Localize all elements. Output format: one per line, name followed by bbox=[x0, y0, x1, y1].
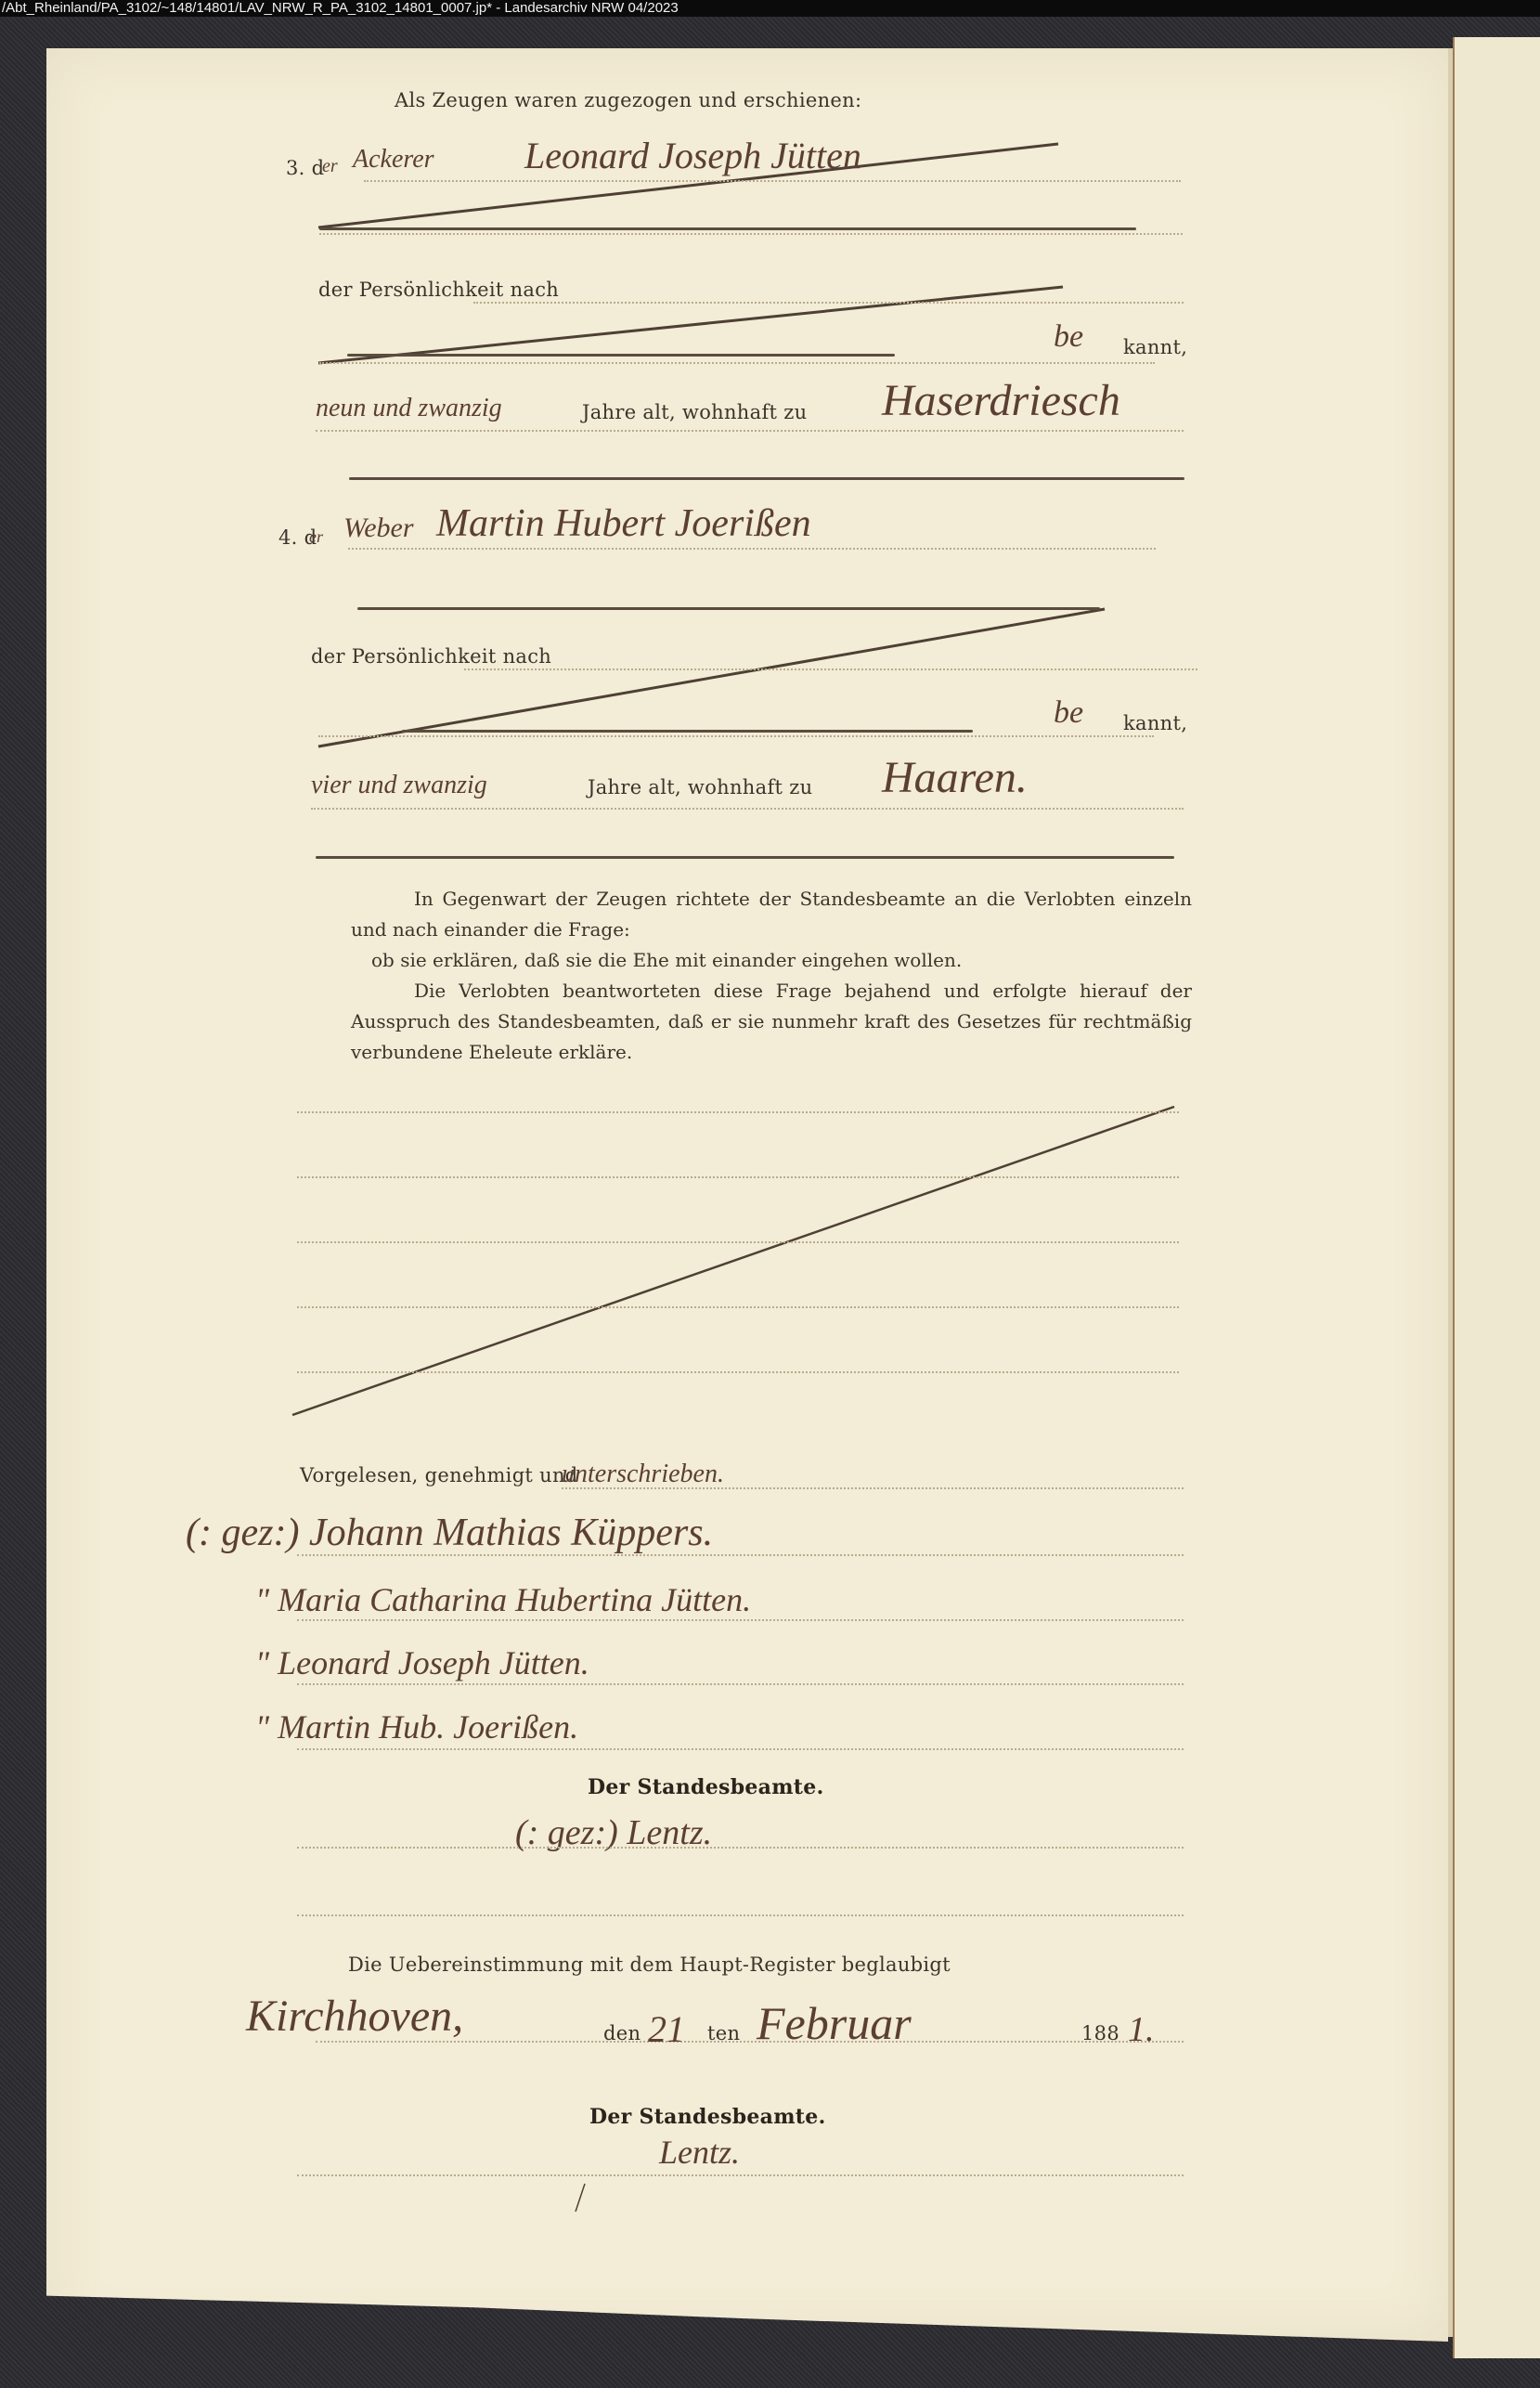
dotline bbox=[297, 1847, 1184, 1849]
witness3-age: neun und zwanzig bbox=[316, 394, 502, 423]
witness4-rule3 bbox=[316, 856, 1174, 859]
ceremony-text: In Gegenwart der Zeugen richtete der Sta… bbox=[351, 884, 1192, 1068]
certification-den: den bbox=[603, 2022, 641, 2044]
signature-bride: " Maria Catharina Hubertina Jütten. bbox=[255, 1580, 751, 1619]
witness3-number: 3. d bbox=[286, 157, 324, 179]
page-gutter bbox=[1448, 48, 1453, 2337]
witness3-name-dotline bbox=[364, 180, 1181, 182]
witness4-name: Martin Hubert Joerißen bbox=[436, 501, 811, 546]
witness3-occupation: Ackerer bbox=[353, 145, 434, 175]
dotline bbox=[297, 1748, 1184, 1750]
witness3-name: Leonard Joseph Jütten bbox=[524, 134, 861, 177]
dotline bbox=[562, 1487, 1184, 1489]
dotline bbox=[297, 1914, 1184, 1916]
read-approved-label: Vorgelesen, genehmigt und bbox=[300, 1464, 578, 1486]
signature-groom: (: gez:) Johann Mathias Küppers. bbox=[186, 1511, 713, 1555]
dotline bbox=[297, 1683, 1184, 1685]
witness-heading: Als Zeugen waren zugezogen und erschiene… bbox=[395, 89, 861, 111]
ceremony-line1: In Gegenwart der Zeugen richtete der Sta… bbox=[351, 884, 1192, 945]
certification-day: 21 bbox=[648, 2007, 685, 2051]
dotline bbox=[297, 1554, 1184, 1556]
dotline bbox=[297, 2174, 1184, 2176]
dotline bbox=[318, 735, 1154, 737]
dotline bbox=[311, 808, 1184, 810]
witness3-identity-label: der Persönlichkeit nach bbox=[318, 279, 559, 301]
witness3-age-label: Jahre alt, wohnhaft zu bbox=[582, 401, 807, 423]
signature-witness4: " Martin Hub. Joerißen. bbox=[255, 1707, 578, 1746]
dotline bbox=[297, 1306, 1179, 1308]
witness4-known-suffix: kannt, bbox=[1123, 712, 1187, 734]
dotline bbox=[319, 362, 1155, 364]
certification-ten: ten bbox=[707, 2022, 740, 2044]
window-title: /Abt_Rheinland/PA_3102/~148/14801/LAV_NR… bbox=[0, 0, 1540, 17]
certification-text: Die Uebereinstimmung mit dem Haupt-Regis… bbox=[348, 1953, 951, 1976]
read-approved-hand: unterschrieben. bbox=[562, 1460, 724, 1489]
certification-place: Kirchhoven, bbox=[246, 1991, 463, 2042]
witness4-rule2 bbox=[402, 730, 973, 733]
dotline bbox=[464, 668, 1197, 670]
witness4-occupation: Weber bbox=[343, 513, 414, 544]
dotline bbox=[316, 430, 1184, 432]
witness3-known-suffix: kannt, bbox=[1123, 336, 1187, 358]
certification-month: Februar bbox=[757, 1996, 912, 2050]
witness3-rule bbox=[319, 227, 1136, 230]
register-page: Als Zeugen waren zugezogen und erschiene… bbox=[46, 48, 1448, 2342]
dotline bbox=[316, 2041, 1184, 2043]
dotline bbox=[297, 1176, 1179, 1178]
signature-witness3: " Leonard Joseph Jütten. bbox=[255, 1643, 589, 1682]
certification-year-print: 188 bbox=[1081, 2022, 1119, 2044]
witness3-article: er bbox=[322, 156, 338, 177]
witness3-rule3 bbox=[349, 477, 1184, 480]
dotline bbox=[319, 233, 1183, 235]
facing-page-edge bbox=[1453, 37, 1540, 2358]
witness4-article: er bbox=[309, 527, 323, 547]
witness4-rule bbox=[357, 607, 1100, 610]
witness3-rule2 bbox=[347, 354, 895, 357]
dotline bbox=[348, 548, 1156, 550]
certification-officer-signature: Lentz. bbox=[659, 2133, 740, 2172]
witness4-residence: Haaren. bbox=[882, 752, 1028, 803]
witness4-age: vier und zwanzig bbox=[311, 771, 487, 800]
certification-officer-label: Der Standesbeamte. bbox=[589, 2105, 826, 2129]
witness4-identity-label: der Persönlichkeit nach bbox=[311, 645, 551, 668]
dotline bbox=[297, 1241, 1179, 1243]
certification-year-hand: 1. bbox=[1128, 2009, 1155, 2050]
officer-label: Der Standesbeamte. bbox=[588, 1775, 824, 1799]
dotline bbox=[297, 1111, 1179, 1113]
dotline bbox=[297, 1371, 1179, 1373]
witness3-residence: Haserdriesch bbox=[882, 375, 1120, 426]
witness4-known: be bbox=[1054, 695, 1083, 731]
dotline bbox=[473, 302, 1184, 304]
witness3-known: be bbox=[1054, 319, 1083, 355]
witness4-age-label: Jahre alt, wohnhaft zu bbox=[588, 776, 812, 798]
ceremony-line2: ob sie erklären, daß sie die Ehe mit ein… bbox=[351, 945, 1192, 976]
ceremony-line3: Die Verlobten beantworteten diese Frage … bbox=[351, 976, 1192, 1068]
dotline bbox=[297, 1619, 1184, 1621]
